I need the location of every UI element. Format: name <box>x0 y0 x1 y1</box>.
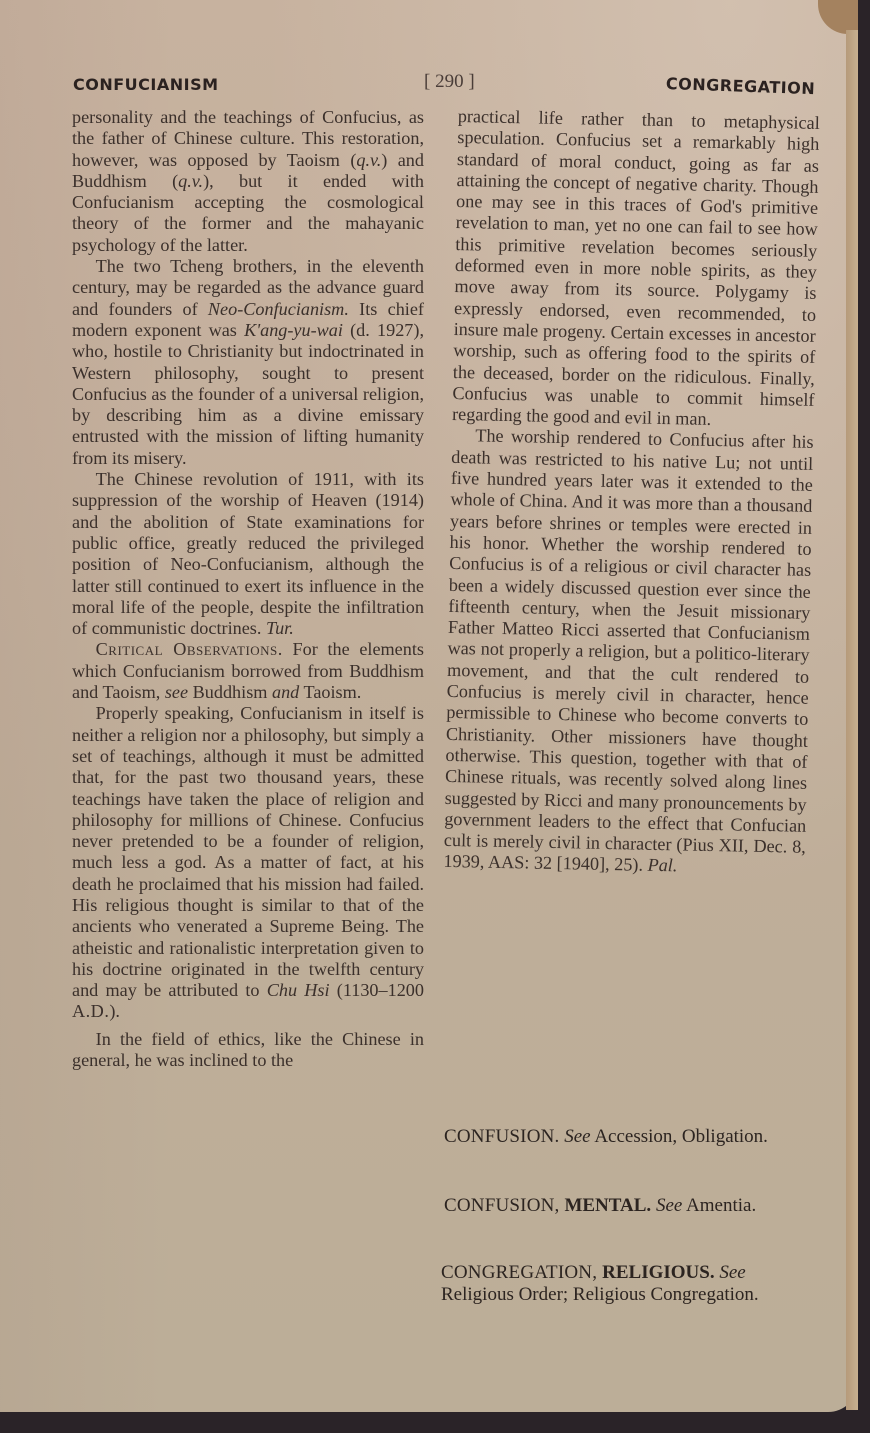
paragraph: practical life rather than to metaphysic… <box>452 106 820 432</box>
entry-text: Accession, Obligation. <box>591 1126 768 1147</box>
text: ). <box>109 1001 120 1021</box>
left-column: personality and the teachings of Confuci… <box>72 107 424 1071</box>
text: Properly speaking, Confucianism in itsel… <box>72 703 424 1000</box>
text: Buddhism <box>188 682 272 702</box>
entry-headword: CONGREGATION, <box>441 1262 602 1283</box>
paragraph: Critical Observations. For the elements … <box>72 639 424 703</box>
dictionary-entry: CONGREGATION, RELIGIOUS. See Religious O… <box>441 1262 821 1306</box>
text: In the field of ethics, like the Chinese… <box>72 1029 424 1070</box>
dictionary-entry: CONFUSION. See Accession, Obligation. <box>444 1126 818 1148</box>
text: and <box>272 682 299 702</box>
paragraph: Properly speaking, Confucianism in itsel… <box>72 703 424 1022</box>
right-column: practical life rather than to metaphysic… <box>443 106 820 879</box>
text: practical life rather than to metaphysic… <box>452 106 820 429</box>
era: A.D. <box>72 1001 109 1021</box>
entry-headword: CONFUSION, <box>444 1195 564 1216</box>
text: The Chinese revolution of 1911, with its… <box>72 469 424 638</box>
cross-reference: q.v. <box>356 150 381 170</box>
paragraph: The Chinese revolution of 1911, with its… <box>72 469 424 639</box>
entry-headword-bold: RELIGIOUS. <box>602 1262 714 1283</box>
paragraph: personality and the teachings of Confuci… <box>72 107 424 256</box>
italic-name: Chu Hsi <box>267 980 330 1000</box>
entry-headword-bold: MENTAL. <box>564 1195 651 1216</box>
see-reference: See <box>656 1195 682 1216</box>
entry-text: Amentia. <box>682 1195 756 1216</box>
page-edge <box>846 30 858 1410</box>
running-head-right: CONGREGATION <box>666 74 816 98</box>
italic-term: Neo-Confucianism. <box>208 299 349 319</box>
italic-name: K'ang-yu-wai <box>244 320 343 340</box>
author-initials: Tur. <box>266 618 294 638</box>
cross-reference: q.v. <box>178 171 203 191</box>
running-head-left: CONFUCIANISM <box>73 75 219 94</box>
text: (d. 1927), who, hostile to Christianity … <box>72 320 424 468</box>
entry-headword: CONFUSION. <box>444 1126 560 1147</box>
author-initials: Pal. <box>647 855 677 876</box>
text: (1130–1200 <box>330 980 424 1000</box>
text: Taoism. <box>299 682 361 702</box>
dictionary-entry: CONFUSION, MENTAL. See Amentia. <box>444 1195 818 1217</box>
entry-text: Religious Order; Religious Congregation. <box>441 1284 759 1305</box>
paragraph: In the field of ethics, like the Chinese… <box>72 1029 424 1072</box>
book-page: CONFUCIANISM [ 290 ] CONGREGATION person… <box>0 0 858 1412</box>
see-reference: See <box>564 1126 590 1147</box>
text: The worship rendered to Confucius after … <box>443 426 813 875</box>
section-heading: Critical Observations. <box>96 639 283 659</box>
book-photo: CONFUCIANISM [ 290 ] CONGREGATION person… <box>0 0 870 1433</box>
paragraph: The worship rendered to Confucius after … <box>443 425 814 879</box>
see-reference: see <box>165 682 188 702</box>
page-corner <box>818 0 858 34</box>
paragraph: The two Tcheng brothers, in the eleventh… <box>72 256 424 469</box>
see-reference: See <box>719 1262 745 1283</box>
page-number: [ 290 ] <box>424 71 475 93</box>
